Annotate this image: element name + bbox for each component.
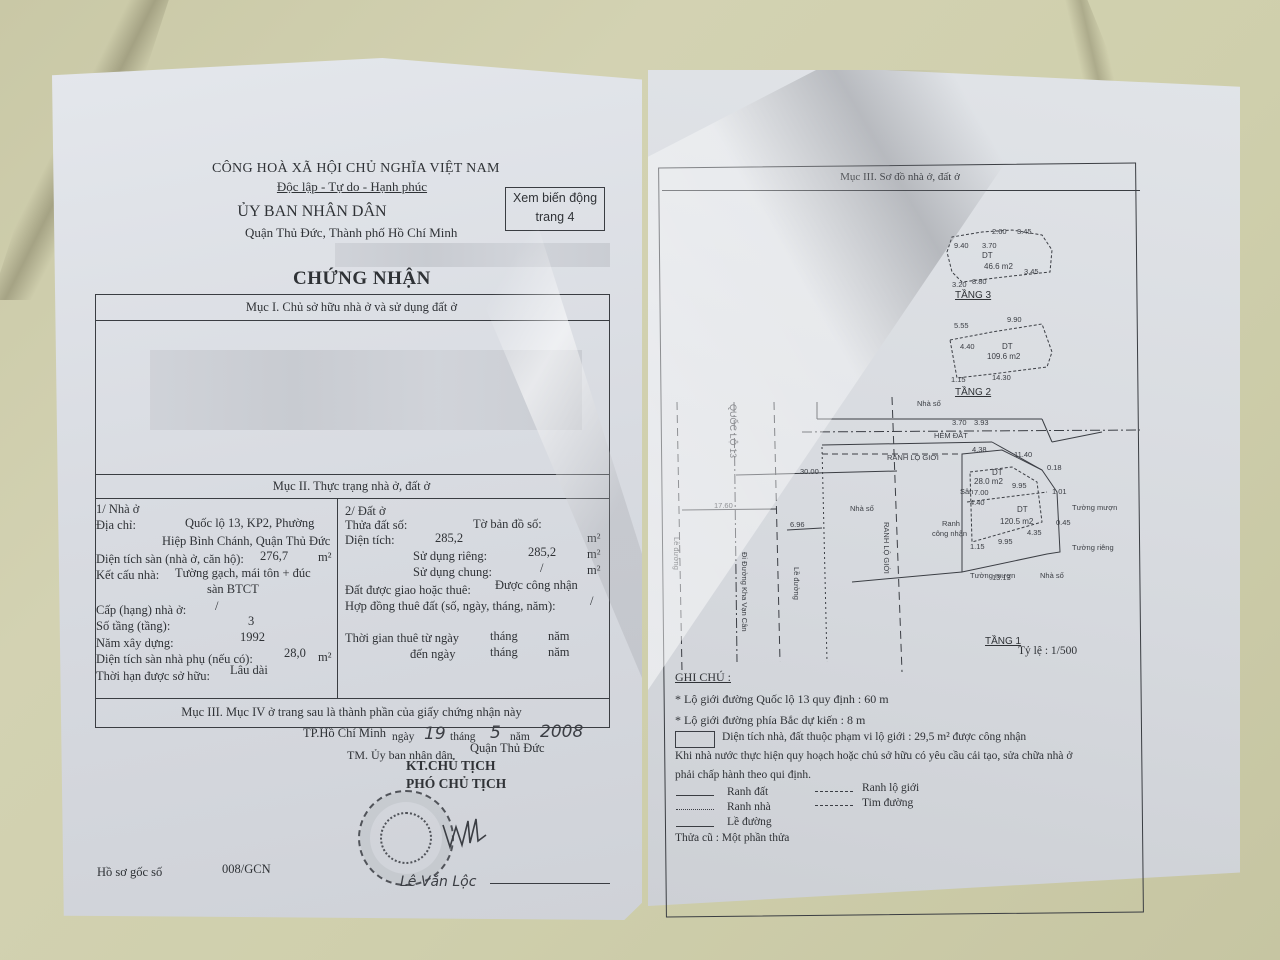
neighbor-label: Nhà số bbox=[850, 504, 875, 513]
authority: ỦY BAN NHÂN DÂN bbox=[212, 203, 412, 221]
structure-line1: Tường gạch, mái tôn + đúc bbox=[175, 566, 311, 581]
month-label: tháng bbox=[490, 645, 518, 660]
year-label: năm bbox=[548, 629, 570, 644]
sign-month: 5 bbox=[490, 723, 501, 743]
sign-day: 19 bbox=[424, 724, 446, 744]
road-edge-label: Lề đường bbox=[672, 537, 681, 570]
national-title: CÔNG HOÀ XÃ HỘI CHỦ NGHĨA VIỆT NAM bbox=[212, 161, 492, 177]
legend-label: Lề đường bbox=[727, 816, 772, 828]
dim-label: 9.95 bbox=[1012, 481, 1027, 490]
dim-label: 0.45 bbox=[1056, 518, 1071, 527]
unit: m² bbox=[318, 650, 331, 665]
scale-label: Tỷ lệ : 1/500 bbox=[1018, 645, 1077, 657]
address-label: Địa chỉ: bbox=[96, 518, 136, 533]
dim-label: 5.55 bbox=[954, 321, 969, 330]
lease-to-label: đến ngày bbox=[410, 647, 455, 662]
sign-year: 2008 bbox=[540, 722, 583, 742]
dim-label: 3.45 bbox=[1017, 227, 1032, 236]
dim-label: 6.96 bbox=[790, 520, 805, 529]
boundary-label: Ranh bbox=[942, 519, 960, 528]
unit: m² bbox=[587, 531, 600, 546]
file-ref-label: Hồ sơ gốc số bbox=[97, 865, 162, 880]
floor3-label: TẦNG 3 bbox=[955, 290, 991, 301]
dim-label: 3.70 bbox=[952, 418, 967, 427]
allocation-value: Được công nhận bbox=[495, 578, 578, 593]
unit: m² bbox=[318, 550, 331, 565]
map-sheet-label: Tờ bản đồ số: bbox=[473, 517, 542, 532]
structure-label: Kết cấu nhà: bbox=[96, 568, 159, 583]
authority-location: Quận Thủ Đức, Thành phố Hồ Chí Minh bbox=[245, 225, 457, 241]
floor1-area-front: 28.0 m2 bbox=[974, 477, 1003, 486]
unit: m² bbox=[587, 547, 600, 562]
site-plan-diagram: 9.40 2.60 3.45 3.70 DT 46.6 m2 8.80 3.20… bbox=[662, 192, 1140, 672]
floor1-area-main: 120.5 m2 bbox=[1000, 517, 1034, 526]
divider bbox=[490, 883, 610, 884]
wall-label: Tường mượn bbox=[970, 571, 1015, 580]
private-use-label: Sử dụng riêng: bbox=[413, 549, 487, 564]
redaction-bar bbox=[335, 243, 610, 267]
shared-use-value: / bbox=[540, 561, 543, 576]
file-ref-value: 008/GCN bbox=[222, 862, 271, 877]
alley-label: HẺM ĐẤT bbox=[934, 430, 968, 440]
legend-dashdot-line bbox=[815, 805, 853, 806]
land-heading: 2/ Đất ở bbox=[345, 504, 386, 519]
road-label: QUỐC LỘ 13 bbox=[728, 404, 739, 458]
dim-label: 2.60 bbox=[992, 227, 1007, 236]
floors-value: 3 bbox=[248, 614, 254, 629]
area-label: DT bbox=[1002, 342, 1013, 351]
divider bbox=[95, 320, 610, 321]
legend-label: Tim đường bbox=[862, 797, 913, 809]
area-label: Diện tích: bbox=[345, 533, 395, 548]
floor2-area: 109.6 m2 bbox=[987, 352, 1021, 361]
legend-dashed-line bbox=[815, 791, 853, 792]
dim-label: 3.93 bbox=[974, 418, 989, 427]
setback-area-text: Diện tích nhà, đất thuộc phạm vi lộ giới… bbox=[722, 731, 1026, 743]
legend-dotted-line bbox=[676, 809, 714, 810]
section1-title: Mục I. Chủ sở hữu nhà ở và sử dụng đất ở bbox=[95, 300, 608, 315]
section2-title: Mục II. Thực trạng nhà ở, đất ở bbox=[95, 479, 608, 494]
dim-label: 9.40 bbox=[954, 241, 969, 250]
boundary-label: công nhận bbox=[932, 529, 967, 538]
divider bbox=[662, 190, 1140, 191]
dim-label: 7.00 bbox=[974, 488, 989, 497]
yard-label: Sân bbox=[960, 487, 973, 496]
legend-label: Ranh nhà bbox=[727, 801, 771, 813]
plot-no-label: Thửa đất số: bbox=[345, 518, 407, 533]
setback-label: RANH LỘ GIỚI bbox=[882, 522, 891, 574]
signature-scrawl bbox=[440, 815, 490, 855]
dim-label: 4.35 bbox=[1027, 528, 1042, 537]
divider bbox=[337, 498, 338, 698]
signer-name: Lê Văn Lộc bbox=[400, 874, 476, 890]
dim-label: 4.40 bbox=[970, 498, 985, 507]
signer-role2: PHÓ CHỦ TỊCH bbox=[406, 776, 506, 792]
address-line1: Quốc lộ 13, KP2, Phường bbox=[185, 516, 314, 531]
legend-label: Ranh lộ giới bbox=[862, 782, 919, 794]
dim-label: 1.01 bbox=[1052, 487, 1067, 496]
floor2-label: TẦNG 2 bbox=[955, 387, 991, 398]
footer-note: Mục III. Mục IV ở trang sau là thành phầ… bbox=[95, 705, 608, 720]
allocation-label: Đất được giao hoặc thuê: bbox=[345, 583, 471, 598]
dim-label: 3.70 bbox=[982, 241, 997, 250]
dim-label: 30.00 bbox=[800, 467, 819, 476]
legend-label: Ranh đất bbox=[727, 786, 768, 798]
road-direction-label: Đi Đường Kha Vạn Cân bbox=[740, 552, 749, 632]
house-heading: 1/ Nhà ở bbox=[96, 502, 139, 517]
dim-label: 3.45 bbox=[1024, 267, 1039, 276]
notes-heading: GHI CHÚ : bbox=[675, 670, 731, 685]
dim-label: 4.38 bbox=[972, 445, 987, 454]
address-line2: Hiệp Bình Chánh, Quận Thủ Đức bbox=[162, 534, 330, 549]
grade-value: / bbox=[215, 599, 218, 614]
divider bbox=[95, 498, 610, 499]
shared-use-label: Sử dụng chung: bbox=[413, 565, 492, 580]
private-use-value: 285,2 bbox=[528, 545, 556, 560]
grade-label: Cấp (hạng) nhà ở: bbox=[96, 603, 186, 618]
owner-info-redacted bbox=[150, 350, 582, 430]
dim-label: 9.95 bbox=[998, 537, 1013, 546]
motto: Độc lập - Tự do - Hạnh phúc bbox=[212, 179, 492, 195]
aux-area-value: 28,0 bbox=[284, 646, 306, 661]
dim-label: 9.90 bbox=[1007, 315, 1022, 324]
lease-contract-value: / bbox=[590, 594, 593, 609]
dim-label: 17.60 bbox=[714, 501, 733, 510]
neighbor-label: Nhà số bbox=[917, 399, 942, 408]
setback-label: RANH LỘ GIỚI bbox=[887, 453, 939, 462]
signer-role1: KT.CHỦ TỊCH bbox=[406, 758, 496, 774]
note-box: Xem biến động trang 4 bbox=[505, 187, 605, 231]
sign-place: TP.Hồ Chí Minh bbox=[303, 726, 386, 741]
regulation-line1: Khi nhà nước thực hiện quy hoạch hoặc ch… bbox=[675, 750, 1072, 762]
dim-label: 4.40 bbox=[960, 342, 975, 351]
wall-label: Tường mượn bbox=[1072, 503, 1117, 512]
structure-line2: sàn BTCT bbox=[207, 582, 259, 597]
divider bbox=[95, 698, 610, 699]
floor3-area: 46.6 m2 bbox=[984, 262, 1013, 271]
dim-label: 1.15 bbox=[951, 375, 966, 384]
floors-label: Số tầng (tầng): bbox=[96, 619, 170, 634]
note-item: * Lộ giới đường phía Bắc dự kiến : 8 m bbox=[675, 713, 865, 728]
year-label: năm bbox=[548, 645, 570, 660]
floor-area-value: 276,7 bbox=[260, 549, 288, 564]
note-box-line1: Xem biến động bbox=[506, 191, 604, 205]
year-built-label: Năm xây dựng: bbox=[96, 636, 174, 651]
regulation-line2: phải chấp hành theo qui định. bbox=[675, 769, 811, 781]
area-label: DT bbox=[982, 251, 993, 260]
note-box-line2: trang 4 bbox=[506, 210, 604, 224]
ownership-term-value: Lâu dài bbox=[230, 663, 268, 678]
legend-solid-line bbox=[676, 826, 714, 827]
day-label: ngày bbox=[392, 731, 414, 743]
divider bbox=[95, 474, 610, 475]
old-plot-note: Thửa cũ : Một phần thửa bbox=[675, 832, 789, 844]
section3-title: Mục III. Sơ đồ nhà ở, đất ở bbox=[662, 171, 1138, 183]
unit: m² bbox=[587, 563, 600, 578]
floor1-label: TẦNG 1 bbox=[985, 636, 1021, 647]
road-edge-label: Lề đường bbox=[792, 567, 801, 600]
dim-label: 14.30 bbox=[992, 373, 1011, 382]
dim-label: 11.40 bbox=[1014, 450, 1032, 459]
on-behalf-district: Quận Thủ Đức bbox=[470, 741, 545, 756]
document-title: CHỨNG NHẬN bbox=[293, 268, 431, 290]
year-built-value: 1992 bbox=[240, 630, 265, 645]
note-item: * Lộ giới đường Quốc lộ 13 quy định : 60… bbox=[675, 692, 889, 707]
dim-label: 1.15 bbox=[970, 542, 985, 551]
month-label: tháng bbox=[490, 629, 518, 644]
area-value: 285,2 bbox=[435, 531, 463, 546]
dim-label: 8.80 bbox=[972, 277, 987, 286]
lease-from-label: Thời gian thuê từ ngày bbox=[345, 631, 459, 646]
wall-label: Tường riêng bbox=[1072, 543, 1114, 552]
ownership-term-label: Thời hạn được sở hữu: bbox=[96, 669, 210, 684]
neighbor-label: Nhà số bbox=[1040, 571, 1065, 580]
area-label: DT bbox=[992, 468, 1003, 477]
lease-contract-label: Hợp đồng thuê đất (số, ngày, tháng, năm)… bbox=[345, 599, 556, 614]
dim-label: 3.20 bbox=[952, 280, 967, 289]
dim-label: 0.18 bbox=[1047, 463, 1062, 472]
floor-area-label: Diện tích sàn (nhà ở, căn hộ): bbox=[96, 552, 244, 567]
setback-area-swatch bbox=[675, 731, 715, 748]
area-label: DT bbox=[1017, 505, 1028, 514]
legend-solid-line bbox=[676, 795, 714, 796]
